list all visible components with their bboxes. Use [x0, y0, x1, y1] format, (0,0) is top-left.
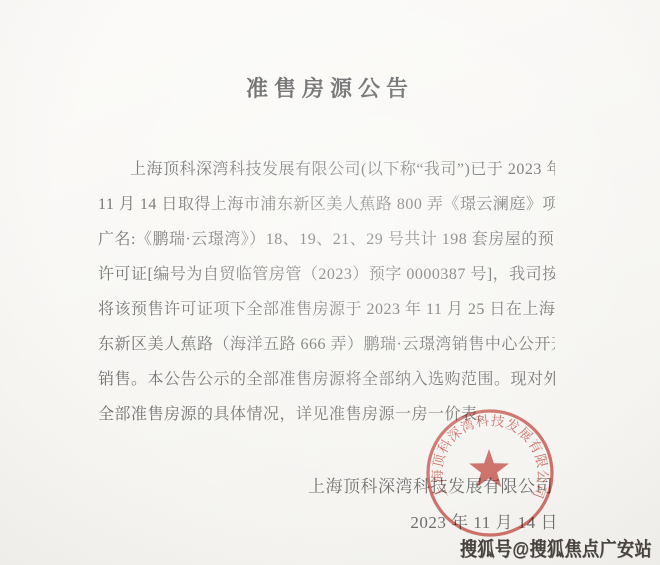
body-line: 许可证[编号为自贸临管房管（2023）预字 0000387 号]，我司按规定	[98, 257, 555, 292]
star-icon	[469, 449, 509, 487]
company-seal-stamp: 上海顶科深湾科技发展有限公司	[423, 406, 557, 540]
body-line: 上海顶科深湾科技发展有限公司(以下称“我司”)已于 2023 年	[98, 152, 555, 187]
body-line: 销售。本公告公示的全部准售房源将全部纳入选购范围。现对外公开	[98, 362, 555, 397]
body-paragraph: 上海顶科深湾科技发展有限公司(以下称“我司”)已于 2023 年 11 月 14…	[98, 152, 555, 432]
body-line: 广名:《鹏瑞·云璟湾》）18、19、21、29 号共计 198 套房屋的预售	[98, 222, 555, 257]
document-page: 准售房源公告 上海顶科深湾科技发展有限公司(以下称“我司”)已于 2023 年 …	[0, 0, 660, 565]
announcement-title: 准售房源公告	[0, 72, 660, 103]
body-line: 将该预售许可证项下全部准售房源于 2023 年 11 月 25 日在上海市浦	[98, 292, 555, 327]
sohu-watermark-text: 搜狐号@搜狐焦点广安站	[0, 533, 652, 561]
body-line: 东新区美人蕉路（海洋五路 666 弄）鹏瑞·云璟湾销售中心公开开盘	[98, 327, 555, 362]
body-line: 11 月 14 日取得上海市浦东新区美人蕉路 800 弄《璟云澜庭》项目（推	[98, 187, 555, 222]
